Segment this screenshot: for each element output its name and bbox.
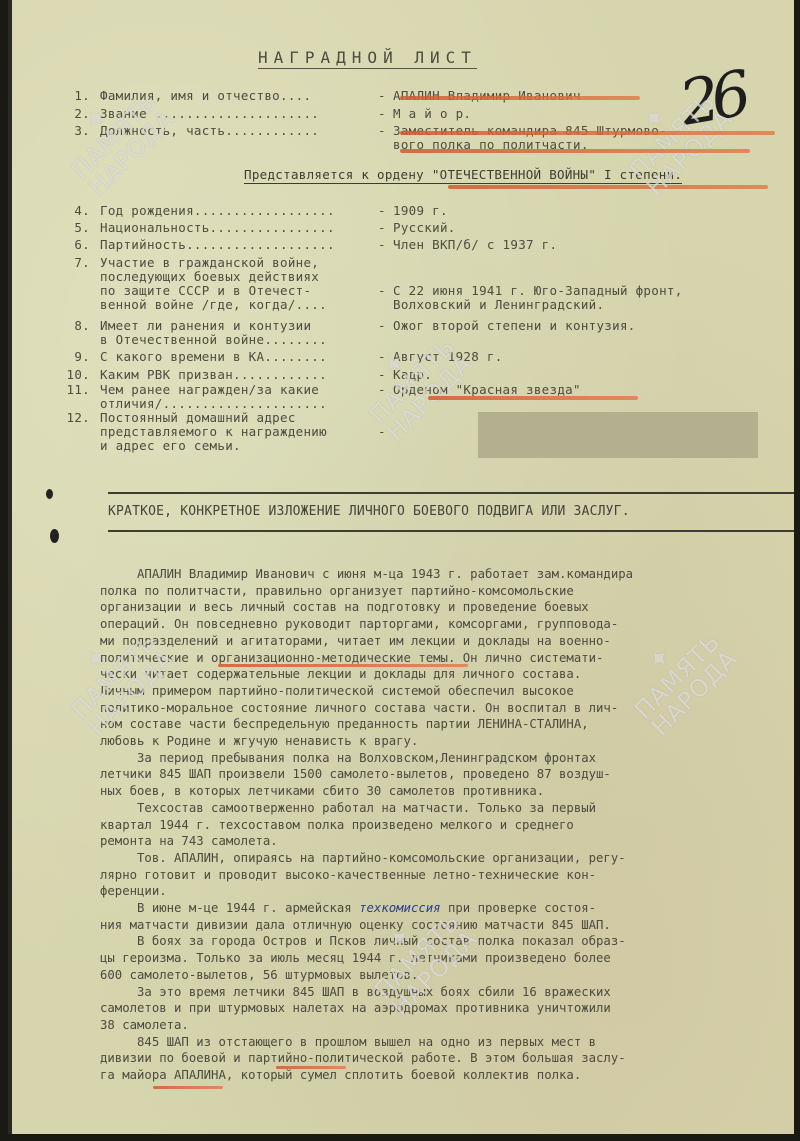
narrative-line: ференции. xyxy=(100,883,790,900)
red-pencil-underline xyxy=(276,1066,346,1069)
red-pencil-underline xyxy=(400,96,640,100)
item-label: Звание ..................... xyxy=(100,106,319,121)
item-label: Фамилия, имя и отчество.... xyxy=(100,88,311,103)
item-number: 11. xyxy=(60,382,90,397)
dash-separator: - xyxy=(378,382,386,397)
item-number: 9. xyxy=(60,349,90,364)
item-value: Август 1928 г. xyxy=(393,349,503,364)
red-pencil-underline xyxy=(153,1086,223,1089)
narrative-line: полка по политчасти, правильно организуе… xyxy=(100,583,790,600)
narrative-text: АПАЛИН Владимир Иванович с июня м-ца 194… xyxy=(100,566,790,1084)
narrative-line: дивизии по боевой и партийно-политическо… xyxy=(100,1050,790,1067)
item-number: 8. xyxy=(60,318,90,333)
item-label: представляемого к награждению xyxy=(100,424,327,439)
narrative-line: цы героизма. Только за июль месяц 1944 г… xyxy=(100,950,790,967)
item-number: 10. xyxy=(60,367,90,382)
narrative-line: 38 самолета. xyxy=(100,1017,790,1034)
narrative-line: операций. Он повседневно руководит парто… xyxy=(100,616,790,633)
narrative-line: летчики 845 ШАП произвели 1500 самолето-… xyxy=(100,766,790,783)
item-value: Волховский и Ленинградский. xyxy=(393,297,604,312)
item-number: 12. xyxy=(60,410,90,425)
item-number: 7. xyxy=(60,255,90,270)
item-label: Имеет ли ранения и контузии xyxy=(100,318,311,333)
item-value: Ожог второй степени и контузия. xyxy=(393,318,636,333)
handwritten-correction: техкомиссия xyxy=(359,901,440,915)
dash-separator: - xyxy=(378,88,386,103)
scan-edge xyxy=(8,0,12,1134)
dash-separator: - xyxy=(378,283,386,298)
item-label: в Отечественной войне........ xyxy=(100,332,327,347)
item-number: 1. xyxy=(60,88,90,103)
narrative-line: лярно готовит и проводит высоко-качестве… xyxy=(100,867,790,884)
red-pencil-underline xyxy=(428,396,638,400)
dash-separator: - xyxy=(378,220,386,235)
narrative-line: Тов. АПАЛИН, опираясь на партийно-комсом… xyxy=(100,850,790,867)
dash-separator: - xyxy=(378,349,386,364)
redacted-address-area xyxy=(478,412,758,458)
dash-separator: - xyxy=(378,123,386,138)
award-sheet-document: НАГРАДНОЙ ЛИСТ 26 1.Фамилия, имя и отчес… xyxy=(8,0,794,1134)
item-label: С какого времени в КА........ xyxy=(100,349,327,364)
item-value: С 22 июня 1941 г. Юго-Западный фронт, xyxy=(393,283,683,298)
item-value: Кадр. xyxy=(393,367,432,382)
dash-separator: - xyxy=(378,203,386,218)
document-title: НАГРАДНОЙ ЛИСТ xyxy=(258,48,477,69)
narrative-line: АПАЛИН Владимир Иванович с июня м-ца 194… xyxy=(100,566,790,583)
item-label: Партийность................... xyxy=(100,237,335,252)
item-label: Каким РВК призван............ xyxy=(100,367,327,382)
narrative-line: ных боев, в которых летчиками сбито 30 с… xyxy=(100,783,790,800)
narrative-line: Личным примером партийно-политической си… xyxy=(100,683,790,700)
narrative-line: ремонта на 743 самолета. xyxy=(100,833,790,850)
dash-separator: - xyxy=(378,424,386,439)
item-value: Орденом "Красная звезда" xyxy=(393,382,581,397)
section-divider-bottom xyxy=(108,530,794,532)
narrative-line: В боях за города Остров и Псков личный с… xyxy=(100,933,790,950)
narrative-line: За период пребывания полка на Волховском… xyxy=(100,750,790,767)
narrative-line: организации и весь личный состав на подг… xyxy=(100,599,790,616)
item-label: и адрес его семьи. xyxy=(100,438,241,453)
narrative-line: ми подразделений и агитаторами, читает и… xyxy=(100,633,790,650)
item-label: венной войне /где, когда/.... xyxy=(100,297,327,312)
item-value: М а й о р. xyxy=(393,106,471,121)
red-pencil-underline xyxy=(400,149,750,153)
narrative-line: В июне м-це 1944 г. армейская техкомисси… xyxy=(100,900,790,917)
narrative-line: Техсостав самоотверженно работал на матч… xyxy=(100,800,790,817)
item-label: по защите СССР и в Отечест- xyxy=(100,283,311,298)
item-label: Участие в гражданской войне, xyxy=(100,255,319,270)
narrative-line: политико-моральное состояние личного сос… xyxy=(100,700,790,717)
narrative-line: 845 ШАП из отстающего в прошлом вышел на… xyxy=(100,1034,790,1051)
narrative-line: За это время летчики 845 ШАП в воздушных… xyxy=(100,984,790,1001)
punch-hole xyxy=(50,529,59,543)
dash-separator: - xyxy=(378,106,386,121)
item-label: Постоянный домашний адрес xyxy=(100,410,296,425)
item-label: Год рождения.................. xyxy=(100,203,335,218)
item-label: Должность, часть............ xyxy=(100,123,319,138)
narrative-line: ном составе части беспредельную преданно… xyxy=(100,716,790,733)
narrative-line: ния матчасти дивизии дала отличную оценк… xyxy=(100,917,790,934)
dash-separator: - xyxy=(378,367,386,382)
dash-separator: - xyxy=(378,318,386,333)
narrative-line: любовь к Родине и жгучую ненависть к вра… xyxy=(100,733,790,750)
item-number: 3. xyxy=(60,123,90,138)
narrative-line: самолетов и при штурмовых налетах на аэр… xyxy=(100,1000,790,1017)
narrative-line: квартал 1944 г. техсоставом полка произв… xyxy=(100,817,790,834)
red-pencil-underline xyxy=(448,185,768,189)
item-label: отличия/..................... xyxy=(100,396,327,411)
narrative-line: га майора АПАЛИНА, который сумел сплотит… xyxy=(100,1067,790,1084)
section-divider-top xyxy=(108,492,794,494)
item-number: 5. xyxy=(60,220,90,235)
red-pencil-underline xyxy=(400,131,775,135)
item-number: 4. xyxy=(60,203,90,218)
item-label: Национальность................ xyxy=(100,220,335,235)
item-value: 1909 г. xyxy=(393,203,448,218)
dash-separator: - xyxy=(378,237,386,252)
narrative-line: чески читает содержательные лекции и док… xyxy=(100,666,790,683)
red-pencil-underline xyxy=(218,664,468,667)
item-value: Русский. xyxy=(393,220,456,235)
item-label: последующих боевых действиях xyxy=(100,269,319,284)
punch-hole xyxy=(46,489,53,499)
item-number: 6. xyxy=(60,237,90,252)
item-value: Член ВКП/б/ с 1937 г. xyxy=(393,237,557,252)
item-number: 2. xyxy=(60,106,90,121)
presented-for-award: Представляется к ордену "ОТЕЧЕСТВЕННОЙ В… xyxy=(244,167,682,184)
narrative-line: 600 самолето-вылетов, 56 штурмовых вылет… xyxy=(100,967,790,984)
handwritten-sheet-number: 26 xyxy=(674,57,749,140)
item-label: Чем ранее награжден/за какие xyxy=(100,382,319,397)
section-heading: КРАТКОЕ, КОНКРЕТНОЕ ИЗЛОЖЕНИЕ ЛИЧНОГО БО… xyxy=(108,504,630,519)
